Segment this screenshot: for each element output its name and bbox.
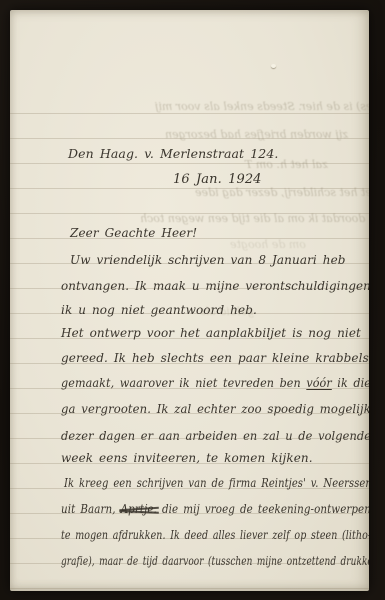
letter-line: ik u nog niet geantwoord heb. [61, 303, 257, 318]
bleedthrough-line: zij worden briefjes had bezorgen [165, 128, 348, 141]
letter-line: Ik kreeg een schrijven van de firma Rein… [64, 476, 369, 491]
letter-line-segment: die mij vroeg de teekening-ontwerpen [157, 502, 369, 516]
letter-line: ga vergrooten. Ik zal echter zoo spoedig… [61, 402, 369, 417]
letter-line: week eens inviteeren, te komen kijken. [61, 451, 313, 466]
address-line: Den Haag. v. Merlenstraat 124. [68, 146, 279, 161]
letter-line: uit Baarn, Aprtje. die mij vroeg de teek… [61, 502, 369, 517]
letter-paper: briefjes) is de hier. Steeds enkel als v… [10, 10, 369, 591]
bleedthrough-line: briefjes) is de hier. Steeds enkel als v… [155, 100, 369, 113]
underlined-word: vóór [306, 376, 331, 390]
letter-line-segment: uit Baarn, [61, 502, 121, 516]
bleedthrough-line: doordat ik om al die tijd een wegen toch [140, 212, 365, 225]
letter-line: dezer dagen er aan arbeiden en zal u de … [61, 429, 369, 444]
letter-line: grafie), maar de tijd daarvoor (tusschen… [61, 554, 369, 569]
bleedthrough-line: met het schilderij, dezer dag idee [195, 186, 369, 199]
letter-line: Het ontwerp voor het aanplakbiljet is no… [61, 326, 361, 341]
bleedthrough-line: om de hoogte [230, 238, 306, 251]
letter-line-segment: gemaakt, waarover ik niet tevreden ben [61, 376, 306, 390]
paper-speck [271, 64, 276, 68]
letter-line: ontvangen. Ik maak u mijne verontschuldi… [61, 279, 369, 294]
letter-line-segment: ik die [332, 376, 369, 390]
letter-line: te mogen afdrukken. Ik deed alles liever… [61, 528, 369, 543]
letter-line: gemaakt, waarover ik niet tevreden ben v… [61, 376, 369, 391]
letter-line: gereed. Ik heb slechts een paar kleine k… [61, 351, 369, 366]
date-line: 16 Jan. 1924 [173, 172, 262, 187]
letter-line: Uw vriendelijk schrijven van 8 Januari h… [70, 253, 346, 268]
struck-word: Aprtje. [121, 502, 157, 517]
salutation-line: Zeer Geachte Heer! [70, 226, 197, 241]
